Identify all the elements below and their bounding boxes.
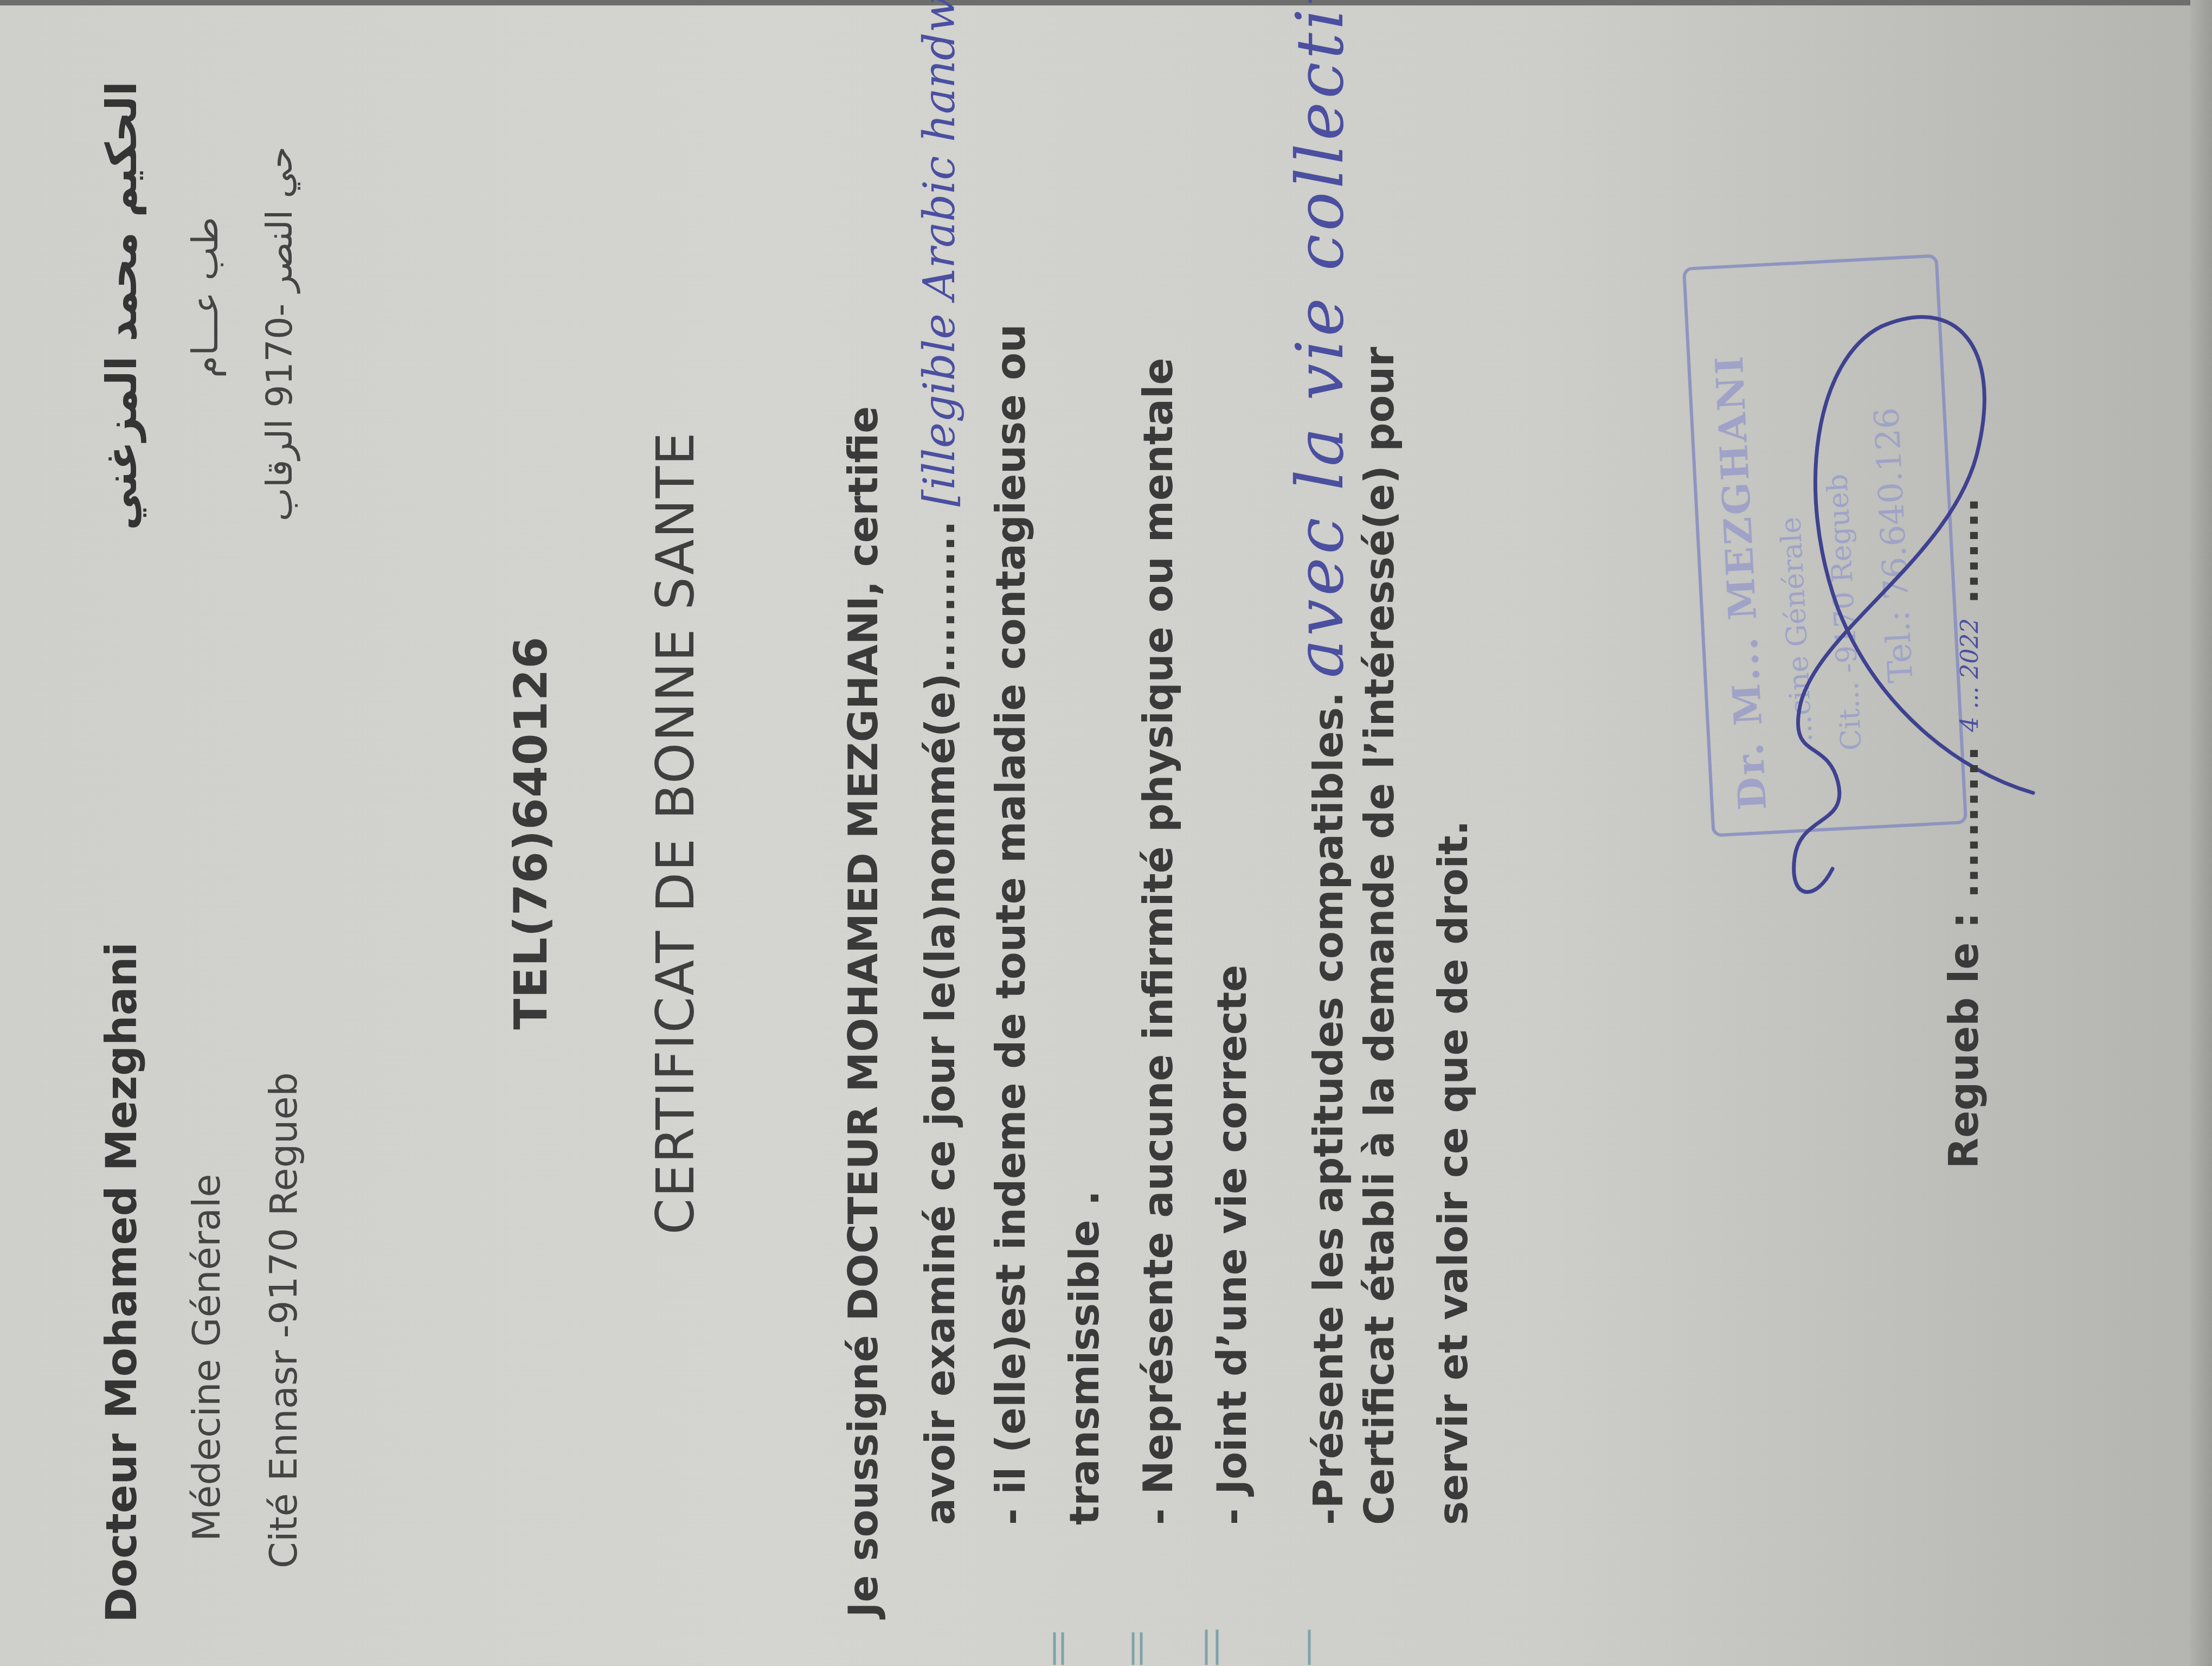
body-line: Certificat établi à la demande de l’inté…: [1356, 44, 1430, 1617]
header-arabic: الحكيم محمد المزغني طب عـــام حي النصر -…: [98, 81, 300, 624]
body-line: avoir examiné ce jour le(la)nommé(e)....…: [914, 44, 988, 1617]
patient-name-handwritten: [illegible Arabic handwriting]: [914, 0, 964, 507]
body-line: - Joint d’une vie correcte: [1209, 44, 1283, 1617]
certificate-body: Je soussigné DOCTEUR MOHAMED MEZGHANI, c…: [840, 44, 1504, 1617]
doctor-name-arabic: الحكيم محمد المزغني: [98, 81, 146, 624]
body-line-text: -Présente les aptitudes compatibles.: [1306, 692, 1352, 1525]
signature-icon: [1654, 175, 2066, 934]
body-line: - il (elle)est indeme de toute maladie c…: [988, 44, 1062, 1617]
date-line: Regueb le : .......... 4 ... 2022 ......…: [1941, 0, 1988, 1666]
header-french: Docteur Mohamed Mezghani Médecine Généra…: [98, 809, 306, 1623]
doctor-address-arabic: حي النصر -9170 الرقاب: [259, 146, 300, 624]
doctor-name: Docteur Mohamed Mezghani: [98, 809, 146, 1623]
handwritten-annotation: avec la vie collective: [1283, 0, 1358, 678]
phone-number: TEL(76)640126: [504, 0, 557, 1666]
handwritten-date: 4 ... 2022: [1956, 618, 1984, 732]
body-line: -Présente les aptitudes compatibles. ave…: [1283, 44, 1356, 1617]
body-line: transmissible .: [1062, 44, 1135, 1617]
certificate-title: CERTIFICAT DE BONNE SANTE: [645, 0, 706, 1666]
body-line: Je soussigné DOCTEUR MOHAMED MEZGHANI, c…: [840, 44, 914, 1617]
doctor-specialty-arabic: طب عـــام: [184, 217, 226, 624]
doctor-address: Cité Ennasr -9170 Regueb: [261, 809, 306, 1568]
date-dots: .......: [1941, 497, 1988, 604]
body-line-text: avoir examiné ce jour le(la)nommé(e)....…: [917, 521, 964, 1525]
body-line: servir et valoir ce que de droit.: [1430, 44, 1504, 1617]
certificate-page: Docteur Mohamed Mezghani Médecine Généra…: [0, 0, 2212, 1666]
date-label: Regueb le :: [1941, 912, 1988, 1169]
body-line: - Neprésente aucune infirmité physique o…: [1135, 44, 1209, 1617]
doctor-specialty: Médecine Générale: [184, 809, 229, 1541]
date-dots: ..........: [1941, 746, 1988, 898]
document-photo: Docteur Mohamed Mezghani Médecine Généra…: [0, 0, 2212, 1666]
